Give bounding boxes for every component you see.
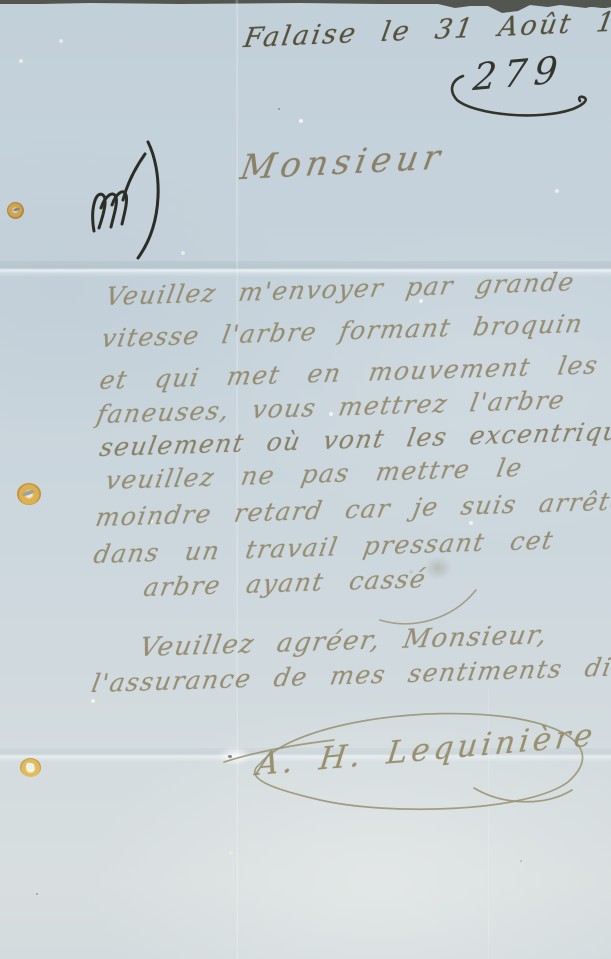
margin-annotation-scribble [82, 128, 172, 263]
stain-fleck [22, 489, 36, 497]
worm-hole-stain [20, 758, 41, 777]
salutation: Monsieur [237, 137, 448, 188]
folio-number: 279 [447, 52, 611, 140]
worm-hole-stain [17, 483, 41, 505]
stain-fleck [13, 207, 21, 212]
worm-hole-stain [7, 202, 24, 219]
body-line: Veuillez m'envoyer par grande [103, 267, 577, 311]
signature-block: A. H. Lequinière [222, 698, 607, 818]
paper-specks [0, 0, 2, 2]
scanned-letter-page: Falaise le 31 Août 1875 279 Monsieur Veu… [0, 0, 611, 959]
folio-number-text: 279 [471, 48, 566, 99]
body-line: dans un travail pressant cet [91, 525, 556, 569]
body-line: vitesse l'arbre formant broquin [99, 309, 585, 353]
stain-fleck [26, 762, 35, 769]
